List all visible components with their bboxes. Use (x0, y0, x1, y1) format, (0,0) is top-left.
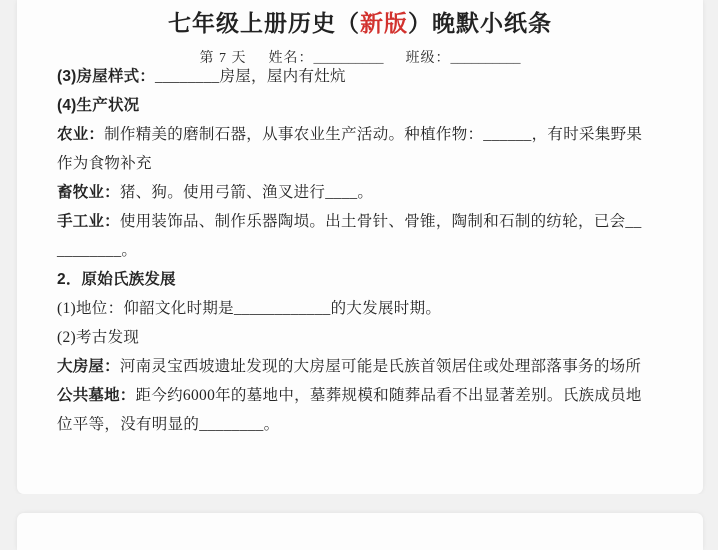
worksheet-page-2 (17, 513, 703, 550)
page-title: 七年级上册历史（新版）晚默小纸条 (17, 0, 703, 38)
title-suffix: ）晚默小纸条 (408, 11, 552, 36)
line-clan-development-heading: 2．原始氏族发展 (57, 265, 665, 294)
line-agriculture: 农业：制作精美的磨制石器，从事农业生产活动。种植作物：______，有时采集野果 (57, 120, 665, 149)
line-archaeological-finds: (2)考古发现 (57, 323, 665, 352)
line-public-cemetery-wrap: 位平等，没有明显的________。 (57, 410, 665, 439)
line-production-heading: (4)生产状况 (57, 91, 665, 120)
line-big-house: 大房屋：河南灵宝西坡遗址发现的大房屋可能是氏族首领居住或处理部落事务的场所 (57, 352, 665, 381)
title-prefix: 七年级上册历史（ (168, 11, 360, 36)
line-handicraft: 手工业：使用装饰品、制作乐器陶埙。出土骨针、骨锥，陶制和石制的纺轮，已会__ (57, 207, 665, 236)
page-separator (0, 494, 718, 513)
worksheet-page-1: 七年级上册历史（新版）晚默小纸条 第 7 天姓名：__________班级：__… (17, 0, 703, 494)
line-animal-husbandry: 畜牧业：猪、狗。使用弓箭、渔叉进行____。 (57, 178, 665, 207)
document-viewer: 七年级上册历史（新版）晚默小纸条 第 7 天姓名：__________班级：__… (0, 0, 718, 550)
worksheet-body: (3)房屋样式：________房屋，屋内有灶炕 (4)生产状况 农业：制作精美… (57, 62, 665, 439)
line-status: (1)地位：仰韶文化时期是____________的大发展时期。 (57, 294, 665, 323)
line-house-style: (3)房屋样式：________房屋，屋内有灶炕 (57, 62, 665, 91)
line-handicraft-wrap: ________。 (57, 236, 665, 265)
line-agriculture-wrap: 作为食物补充 (57, 149, 665, 178)
line-public-cemetery: 公共墓地：距今约6000年的墓地中，墓葬规模和随葬品看不出显著差别。氏族成员地 (57, 381, 665, 410)
title-highlight-new-edition: 新版 (360, 11, 408, 36)
